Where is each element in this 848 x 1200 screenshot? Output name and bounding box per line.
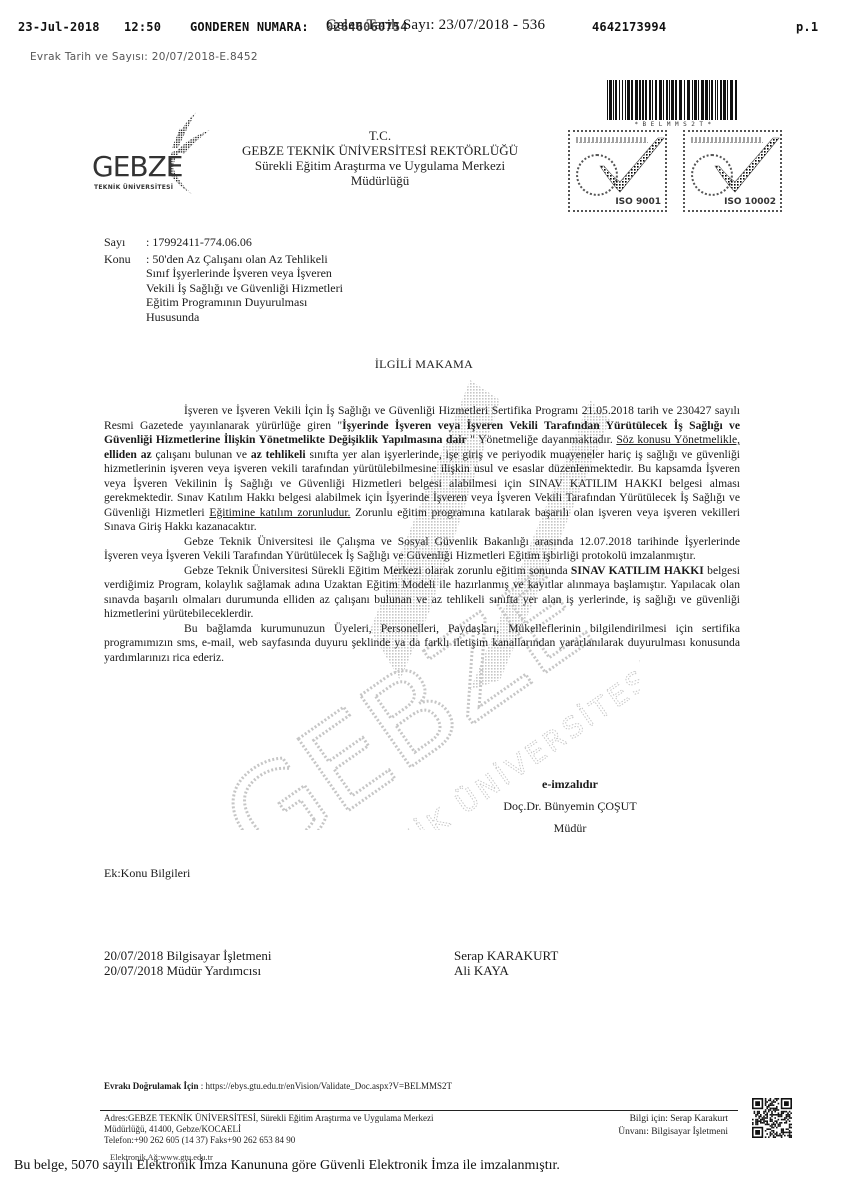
approval-name: Serap KARAKURT (454, 948, 558, 963)
document-meta: Sayı : 17992411-774.06.06 Konu : 50'den … (104, 235, 343, 324)
verification-line: Evrakı Doğrulamak İçin : https://ebys.gt… (104, 1081, 452, 1091)
approval-name: Ali KAYA (454, 963, 509, 978)
checkmark-icon (713, 136, 783, 196)
approval-role: 20/07/2018 Bilgisayar İşletmeni (104, 948, 454, 963)
subject-row: Konu : 50'den Az Çalışanı olan Az Tehlik… (104, 252, 343, 325)
logo-wordmark: GEBZE (92, 150, 182, 183)
qr-code-icon (752, 1098, 792, 1138)
iso-label: ISO 9001 (615, 197, 661, 207)
document-barcode (605, 80, 741, 120)
university-logo: GEBZE TEKNİK ÜNİVERSİTESİ (92, 108, 212, 198)
phone-fax-line: Telefon:+90 262 605 (14 37) Faks+90 262 … (104, 1135, 434, 1146)
approval-row: 20/07/2018 Bilgisayar İşletmeni Serap KA… (104, 948, 624, 963)
subject-label: Konu (104, 252, 146, 325)
e-signature-footer: Bu belge, 5070 sayılı Elektronik İmza Ka… (14, 1158, 560, 1174)
university-name: GEBZE TEKNİK ÜNİVERSİTESİ REKTÖRLÜĞÜ (230, 143, 530, 158)
e-signature-status: e-imzalıdır (470, 773, 670, 795)
signature-block: e-imzalıdır Doç.Dr. Bünyemin ÇOŞUT Müdür (470, 773, 670, 839)
paragraph-3: Gebze Teknik Üniversitesi Sürekli Eğitim… (104, 564, 740, 622)
signer-name: Doç.Dr. Bünyemin ÇOŞUT (470, 795, 670, 817)
verification-url[interactable]: : https://ebys.gtu.edu.tr/enVision/Valid… (199, 1081, 453, 1091)
logo-subtitle: TEKNİK ÜNİVERSİTESİ (94, 184, 173, 191)
directorate: Müdürlüğü (230, 173, 530, 188)
paragraph-1: İşveren ve İşveren Vekili İçin İş Sağlığ… (104, 404, 740, 535)
paragraph-4: Bu bağlamda kurumunuzun Üyeleri, Persone… (104, 622, 740, 666)
checkmark-icon (598, 136, 668, 196)
fax-recipient-number: 4642173994 (592, 20, 666, 34)
letter-body: İşveren ve İşveren Vekili İçin İş Sağlığ… (104, 404, 740, 665)
institution-heading: T.C. GEBZE TEKNİK ÜNİVERSİTESİ REKTÖRLÜĞ… (230, 128, 530, 188)
barcode-text: *BELMMS2T* (612, 121, 738, 128)
iso-label: ISO 10002 (724, 197, 776, 207)
country-abbrev: T.C. (230, 128, 530, 143)
attachment-note: Ek:Konu Bilgileri (104, 866, 190, 881)
address-line: Adres:GEBZE TEKNİK ÜNİVERSİTESİ, Sürekli… (104, 1113, 434, 1124)
document-reference: Evrak Tarih ve Sayısı: 20/07/2018-E.8452 (30, 51, 258, 63)
fax-page-number: p.1 (796, 20, 818, 34)
contact-title: Ünvanı: Bilgisayar İşletmeni (580, 1126, 728, 1139)
paragraph-2: Gebze Teknik Üniversitesi ile Çalışma ve… (104, 535, 740, 564)
signer-title: Müdür (470, 817, 670, 839)
iso-9001-badge: ISO 9001 (568, 130, 667, 212)
fax-time: 12:50 (124, 20, 161, 34)
approval-list: 20/07/2018 Bilgisayar İşletmeni Serap KA… (104, 948, 624, 978)
approval-row: 20/07/2018 Müdür Yardımcısı Ali KAYA (104, 963, 624, 978)
contact-info: Bilgi için: Serap Karakurt Ünvanı: Bilgi… (580, 1113, 728, 1139)
number-value: : 17992411-774.06.06 (146, 235, 252, 250)
received-stamp: Gelen Tarih Sayı: 23/07/2018 - 536 (326, 17, 545, 34)
number-row: Sayı : 17992411-774.06.06 (104, 235, 343, 250)
approval-role: 20/07/2018 Müdür Yardımcısı (104, 963, 454, 978)
verification-label: Evrakı Doğrulamak İçin (104, 1081, 199, 1091)
subject-value: : 50'den Az Çalışanı olan Az Tehlikeli S… (146, 252, 343, 325)
address-line: Müdürlüğü, 41400, Gebze/KOCAELİ (104, 1124, 434, 1135)
contact-person: Bilgi için: Serap Karakurt (580, 1113, 728, 1126)
fax-header: 23-Jul-2018 12:50 GONDEREN NUMARA: 02646… (18, 20, 838, 38)
footer-divider (100, 1110, 738, 1111)
number-label: Sayı (104, 235, 146, 250)
salutation: İLGİLİ MAKAMA (0, 357, 848, 372)
fax-sender-label: GONDEREN NUMARA: (190, 20, 309, 34)
iso-10002-badge: ISO 10002 (683, 130, 782, 212)
address-block: Adres:GEBZE TEKNİK ÜNİVERSİTESİ, Sürekli… (104, 1113, 434, 1146)
fax-date: 23-Jul-2018 (18, 20, 100, 34)
center-name: Sürekli Eğitim Araştırma ve Uygulama Mer… (230, 158, 530, 173)
